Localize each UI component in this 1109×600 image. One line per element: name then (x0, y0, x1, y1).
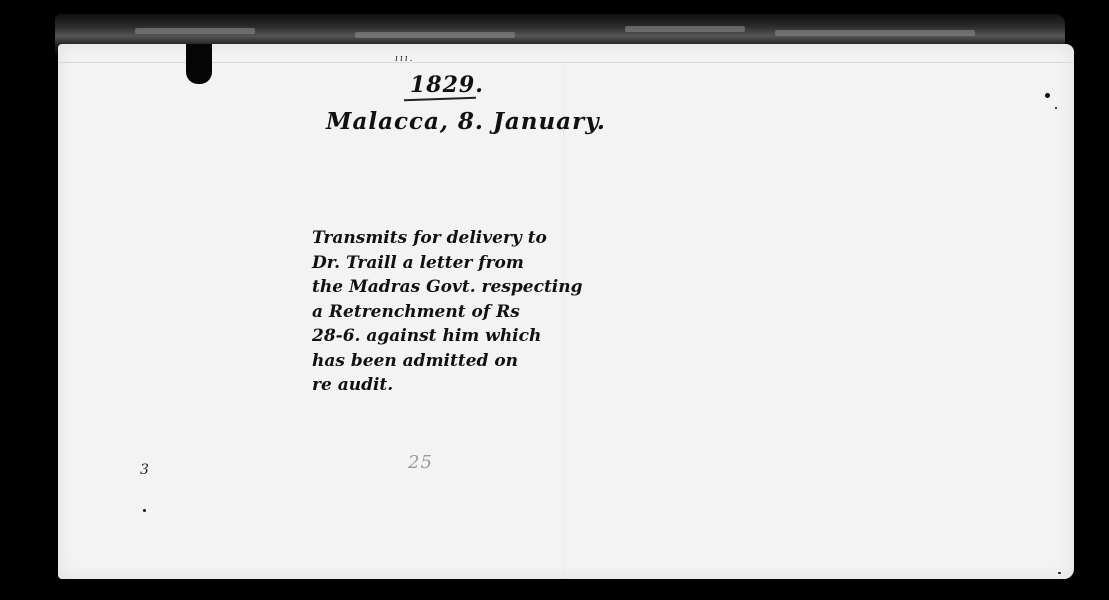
summary-line: 28-6. against him which (312, 324, 582, 349)
summary-line: a Retrenchment of Rs (312, 300, 582, 325)
ink-spot (1058, 572, 1061, 574)
docket-summary: Transmits for delivery to Dr. Traill a l… (312, 226, 582, 398)
document-dateline: Malacca, 8. January. (326, 108, 606, 135)
ink-spot (143, 509, 146, 512)
summary-line: the Madras Govt. respecting (312, 275, 582, 300)
summary-line: re audit. (312, 373, 582, 398)
summary-line: Transmits for delivery to (312, 226, 582, 251)
ink-spot (1045, 93, 1050, 98)
summary-line: Dr. Traill a letter from (312, 251, 582, 276)
folio-number: 25 (408, 452, 433, 473)
margin-mark: 3 (140, 462, 150, 478)
header-marks: ııı. (395, 54, 415, 64)
binding-tab-notch (186, 44, 212, 84)
summary-line: has been admitted on (312, 349, 582, 374)
document-year: 1829. (410, 72, 484, 98)
ink-spot (1055, 107, 1057, 109)
